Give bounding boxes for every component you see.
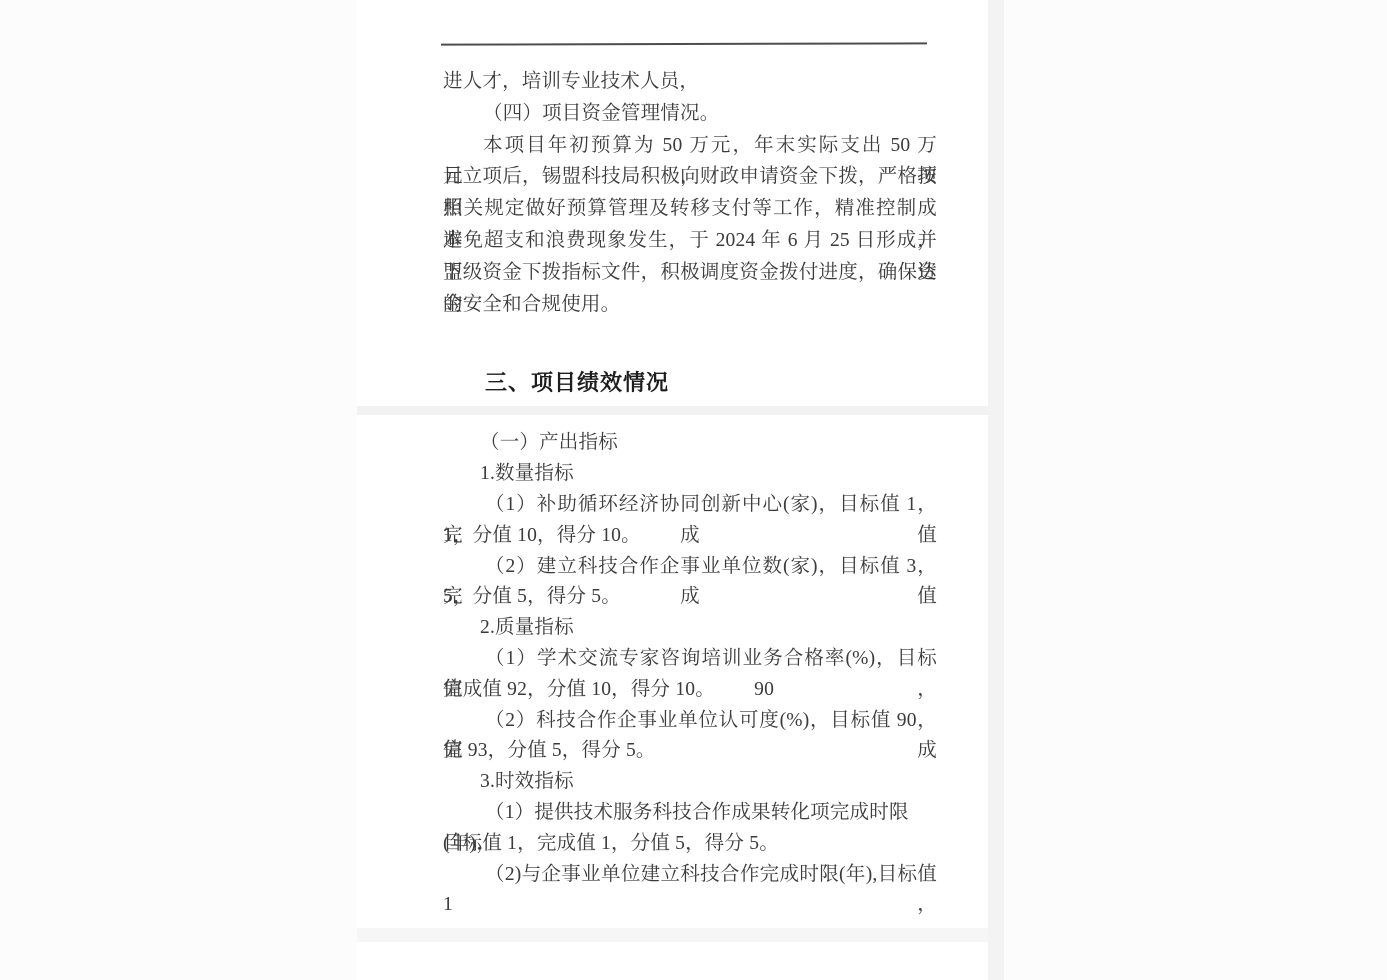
text-line: 目立项后，锡盟科技局积极向财政申请资金下拨，严格按照 [443,161,937,193]
text-line: 进人才，培训专业技术人员， [443,66,937,98]
section-heading: 三、项目绩效情况 [443,368,937,398]
scan-artifact-band-right [988,0,1004,980]
text-line: 相关规定做好预算管理及转移支付等工作，精准控制成本， [443,193,937,225]
text-line: （四）项目资金管理情况。 [443,98,937,130]
text-line: （2）建立科技合作企事业单位数(家)，目标值 3，完成值 [443,552,937,583]
paragraph-block-funding: 进人才，培训专业技术人员，（四）项目资金管理情况。本项目年初预算为 50 万元，… [443,66,937,320]
text-line: （1）提供技术服务科技合作成果转化项完成时限(年)， [443,798,937,829]
text-line: 避免超支和浪费现象发生，于 2024 年 6 月 25 日形成并下达 [443,225,937,257]
paragraph-block-indicators: （一）产出指标1.数量指标（1）补助循环经济协同创新中心(家)，目标值 1，完成… [443,428,937,890]
text-line: 的安全和合规使用。 [443,289,937,321]
text-line: 3.时效指标 [443,767,937,798]
document-text-column: 进人才，培训专业技术人员，（四）项目资金管理情况。本项目年初预算为 50 万元，… [443,66,937,890]
text-line: （1）学术交流专家咨询培训业务合格率(%)，目标值 90， [443,644,937,675]
text-line: 目标值 1，完成值 1，分值 5，得分 5。 [443,829,937,860]
text-line: （一）产出指标 [443,428,937,459]
text-line: （2)与企事业单位建立科技合作完成时限(年),目标值 1， [443,860,937,891]
scanned-document-page: 进人才，培训专业技术人员，（四）项目资金管理情况。本项目年初预算为 50 万元，… [0,0,1387,980]
text-line: 本项目年初预算为 50 万元，年末实际支出 50 万元，项 [443,130,937,162]
text-line: 2.质量指标 [443,613,937,644]
text-line: 1.数量指标 [443,459,937,490]
text-line: 盟级资金下拨指标文件，积极调度资金拨付进度，确保资金 [443,257,937,289]
text-line: （2）科技合作企事业单位认可度(%)，目标值 90，完成 [443,706,937,737]
text-line: （1）补助循环经济协同创新中心(家)，目标值 1，完成值 [443,490,937,521]
